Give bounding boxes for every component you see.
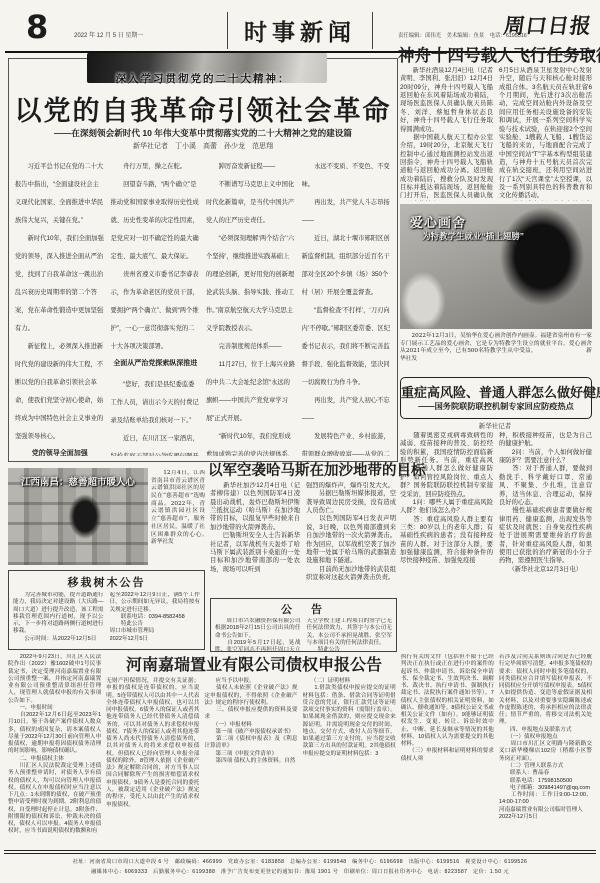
tree-notice-title: 移栽树木公告 — [13, 574, 200, 590]
main-column-2: 舟行万里，操之在舵。 回望奋斗路，“两个确立”是推动党和国家事业取得历史性成就、… — [111, 155, 201, 456]
main-col3-text: 踔厉奋发新征程—— 不断谱写马克思主义中国化时代化新篇章，是当代中国共产党人的庄… — [206, 163, 295, 456]
charity-photo-title: 江西南昌：慈善超市暖人心 — [8, 474, 148, 488]
main-headline: 以党的自我革命引领社会革命 — [9, 89, 397, 128]
page-date: 2022 年 12 月 5 日 星期一 — [74, 30, 143, 39]
gaza-col2: 强烈的爆炸声，爆炸引发大火。 另据巴勒斯坦媒体报道，空袭导致周边民房受损，没有造… — [306, 482, 396, 594]
debt-col5: 执行有关的文件（包括但不限于已经判决正在执行或正在进行中的案件的起诉书、仲裁申请… — [401, 654, 494, 846]
main-col1-subhead: 党的领导全面加强 — [15, 448, 105, 456]
masthead: 周口日报 — [502, 10, 594, 40]
debt-notice-headline: 河南嘉瑞置业有限公司债权申报公告 — [104, 652, 404, 675]
main-body: 习近平总书记在党的二十大报告中指出，“全面建设社会主义现代化国家、全面推进中华民… — [15, 155, 391, 456]
debt-col1: 2022年9月23日，川汇区人民法院作出（2022）豫1602破申1号民事裁定书… — [8, 654, 101, 846]
shenzhou-col1: 新华社酒泉12月4日电（记者黄明、李国利、张汨汨）12月4日20时09分，神舟十… — [400, 67, 493, 201]
painting-photo: 爱心画舍 为特教学生就业“插上翅膀” — [400, 204, 592, 329]
main-col4-text: 永远不变质、不变色、不变味。 再出发，共产党人斗志昂扬—— 近日，湖北十堰市郧阳… — [302, 163, 391, 456]
main-col1-text: 习近平总书记在党的二十大报告中指出，“全面建设社会主义现代化国家、全面推进中华民… — [15, 163, 104, 440]
debt-col2: 无财产担保情况，并提交有关证据；申报的债权是连带债权的，应当说明。5连带债权人可… — [106, 654, 199, 846]
shenzhou-body: 新华社酒泉12月4日电（记者黄明、李国利、张汨汨）12月4日20时09分，神舟十… — [400, 67, 592, 201]
tree-notice-col1: 为完善城市功能，提升道路通行能力，我局决定对建设路（大庆路—周口大道）进行提升改… — [13, 592, 104, 648]
notice-box: 公 告 周口市兴农融资担保有限公司根据2018年2月15日公司出具的任命书公告如… — [210, 598, 397, 652]
gaza-headline: 以军空袭哈马斯在加沙地带的目标 — [208, 459, 398, 480]
covid-headline-box: 重症高风险、普通人群怎么做好健康防护？ ——国务院联防联控机制专家回应防疫热点 — [400, 377, 592, 419]
debt-col3: 应当予以申报。 债权人未依照《企业破产法》规定申报债权的，不得依照《企业破产法》… — [204, 654, 297, 846]
main-col2-text2: “您好，我们是县纪委监委工作人员，请出示今天的付费记录及结账单给我们核对一下。”… — [111, 381, 199, 456]
gaza-body: 新华社加沙12月4日电（记者柳伟建）以色列国防军4日凌晨出动战机，轰炸巴勒斯坦伊… — [210, 482, 396, 594]
main-column-1: 习近平总书记在党的二十大报告中指出，“全面建设社会主义现代化国家、全面推进中华民… — [15, 155, 105, 456]
painting-photo-subtitle: 为特教学生就业“插上翅膀” — [422, 230, 524, 242]
charity-photo: 江西南昌：慈善超市暖人心 — [8, 468, 148, 565]
debt-notice: 河南嘉瑞置业有限公司债权申报公告 2022年9月23日，川汇区人民法院作出（20… — [8, 654, 592, 846]
main-article: 深入学习贯彻党的二十大精神： 以党的自我革命引领社会革命 ——在深刻领会新时代 … — [8, 58, 398, 462]
charity-photo-caption: 12月4日，江西省南昌市青云谱区青云谱镇洪园社区的居民在“慈善超市”选购商品。2… — [151, 470, 205, 565]
main-subhead: ——在深刻领会新时代 10 年伟大变革中贯彻落实党的二十大精神之党的建设篇 — [9, 127, 397, 139]
footer-line1: 社址：河南省周口市周口大道中段 6 号 邮政编码：466999 党政办公室：61… — [10, 858, 590, 867]
tree-notice-box: 移栽树木公告 为完善城市功能，提升道路通行能力，我局决定对建设路（大庆路—周口大… — [8, 570, 205, 650]
notice-col2: 天立学校土建工程项目的签字已无任何法律效力，其签字与本公司无关，本公司不承担晃战… — [307, 618, 393, 652]
footer-rule-2 — [4, 853, 596, 854]
main-column-4: 永远不变质、不变色、不变味。 再出发，共产党人斗志昂扬—— 近日，湖北十堰市郧阳… — [302, 155, 392, 456]
gaza-col1: 新华社加沙12月4日电（记者柳伟建）以色列国防军4日凌晨出动战机，轰炸巴勒斯坦伊… — [210, 482, 300, 594]
covid-byline: 新华社记者 — [400, 421, 590, 430]
section-title: 时事新闻 — [227, 12, 373, 49]
page-number: 8 — [26, 8, 48, 46]
footer-rule — [4, 850, 596, 851]
covid-col2: 种，积极接种疫苗，也是为自己的健康护航。 2问：当前，个人如何做好健康防护？需要… — [499, 432, 592, 648]
main-col2-text: 舟行万里，操之在舵。 回望奋斗路，“两个确立”是推动党和国家事业取得历史性成就、… — [111, 163, 199, 350]
notice-title: 公 告 — [215, 601, 392, 617]
painting-photo-caption: 2022年12月3日，吴怡华在爱心画舍创作内画壶。福建省泉州市有一家专门展示工艺… — [400, 333, 592, 375]
covid-subhead: ——国务院联防联控机制专家回应防疫热点 — [401, 401, 591, 412]
footer-line2: 融媒体中心：6069333 后勤服务中心：6199388 准予广告发布变更登记的… — [10, 868, 590, 877]
main-byline: 新华社记者 丁小溪 高蕾 孙少龙 范思翔 — [9, 141, 397, 151]
debt-col4: （二）证明材料 1.借款类债权申报应提交的证明材料包括：借条、借款合同等证明借贷… — [303, 654, 396, 846]
painting-photo-title: 爱心画舍 — [410, 212, 466, 231]
shenzhou-headline: 神舟十四号载人飞行任务取得圆满成功 — [398, 42, 594, 66]
main-kicker: 深入学习贯彻党的二十大精神： — [9, 71, 397, 86]
debt-col6: 若涉及合同关系则该合同是否已经履行完毕须填写清楚。4申报多笔债权的要求：债权人同… — [499, 654, 592, 846]
shenzhou-col2: 6月5日从酒泉卫星发射中心发射升空，随后与天和核心舱对接形成组合体。3名航天员在… — [499, 67, 592, 201]
main-col2-subhead: 全面从严治党探索纵深推进 — [111, 358, 201, 368]
main-column-3: 踔厉奋发新征程—— 不断谱写马克思主义中国化时代化新篇章，是当代中国共产党人的庄… — [206, 155, 296, 456]
covid-headline: 重症高风险、普通人群怎么做好健康防护？ — [401, 382, 591, 401]
tree-notice-col2: 起至2022年12月9日止，满5个工作日，公示期间如无异议，我局将按有关规定进行… — [110, 592, 201, 648]
covid-body: 随着奥密克戎病毒致病性的减弱、疫苗接种的普及、防控经验的积累，我国疫情防控面临新… — [400, 432, 592, 648]
notice-col1: 周口市兴农融资担保有限公司根据2018年2月15日公司出具的任命书公告如下。 自… — [215, 618, 301, 652]
